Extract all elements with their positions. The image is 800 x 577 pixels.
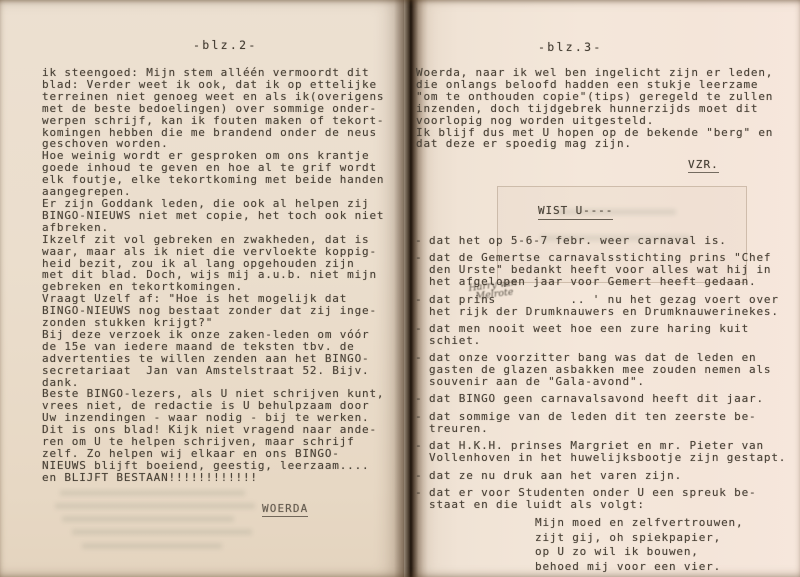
wist-item: -dat H.K.H. prinses Margriet en mr. Piet…: [415, 440, 793, 464]
wist-u-heading: WIST U----: [538, 204, 613, 220]
list-dash: -: [415, 487, 422, 499]
scanned-document-spread: -blz.2- ik steengoed: Mijn stem alléén v…: [0, 0, 800, 577]
typed-line: voorlopig nog worden uitgesteld.: [416, 115, 773, 127]
wist-item: -dat onze voorzitter bang was dat de led…: [415, 352, 793, 388]
page-3-number: -blz.3-: [538, 40, 603, 54]
wist-item: -dat sommige van de leden dit ten zeerst…: [415, 411, 793, 435]
typed-line: dat het op 5-6-7 febr. weer carnaval is.: [429, 235, 793, 247]
typed-line: treuren.: [429, 423, 793, 435]
typed-line: inzenden, doch tijdgebrek hunnerzijds mo…: [416, 103, 773, 115]
page-2-body: ik steengoed: Mijn stem alléén vermoordt…: [42, 67, 384, 484]
typed-line: afbreken.: [42, 222, 384, 234]
typed-line: Vollenhoven in het huwelijksbootje zijn …: [429, 452, 793, 464]
typed-line: de 15e van iedere maand de teksten tbv. …: [42, 341, 384, 353]
typed-line: het rijk der Drumknauwers en Drumknauwer…: [429, 306, 793, 318]
wist-item: -dat men nooit weet hoe een zure haring …: [415, 323, 793, 347]
typed-line: dat ze nu druk aan het varen zijn.: [429, 470, 793, 482]
typed-line: dat men nooit weet hoe een zure haring k…: [429, 323, 793, 335]
poem-line: Mijn moed en zelfvertrouwen,: [535, 516, 743, 531]
typed-line: schiet.: [429, 335, 793, 347]
bleedthrough-smudge: [82, 543, 222, 549]
typed-line: dat sommige van de leden dit ten zeerste…: [429, 411, 793, 423]
list-dash: -: [415, 323, 422, 335]
poem-line: zijt gij, oh spiekpapier,: [535, 531, 743, 546]
student-poem: Mijn moed en zelfvertrouwen,zijt gij, oh…: [535, 516, 743, 574]
page-2-signature: WOERDA: [262, 502, 308, 517]
page-3: -blz.3- Woerda, naar ik wel ben ingelich…: [412, 0, 800, 577]
list-dash: -: [415, 352, 422, 364]
typed-line: Ikzelf zit vol gebreken en zwakheden, da…: [42, 234, 384, 246]
typed-line: en BLIJFT BESTAAN!!!!!!!!!!!!: [42, 472, 384, 484]
bleedthrough-smudge: [55, 503, 255, 509]
list-dash: -: [415, 252, 422, 264]
list-dash: -: [415, 470, 422, 482]
poem-line: op U zo wil ik bouwen,: [535, 545, 743, 560]
wist-item: -dat het op 5-6-7 febr. weer carnaval is…: [415, 235, 793, 247]
page-3-intro: Woerda, naar ik wel ben ingelicht zijn e…: [416, 67, 773, 150]
wist-item: -dat er voor Studenten onder U een spreu…: [415, 487, 793, 511]
bleedthrough-smudge: [72, 529, 252, 535]
list-dash: -: [415, 411, 422, 423]
bleedthrough-smudge: [60, 490, 245, 496]
page-2-number: -blz.2-: [193, 38, 258, 52]
list-dash: -: [415, 440, 422, 452]
list-dash: -: [415, 235, 422, 247]
wist-u-list: -dat het op 5-6-7 febr. weer carnaval is…: [415, 235, 793, 516]
page-3-signature: VZR.: [688, 158, 719, 173]
wist-item: -dat ze nu druk aan het varen zijn.: [415, 470, 793, 482]
typed-line: werpen schrijf, kan ik fouten maken of t…: [42, 115, 384, 127]
typed-line: secretariaat Jan van Amstelstraat 52. Bi…: [42, 365, 384, 377]
bleedthrough-smudge: [62, 516, 234, 522]
wist-item: -dat BINGO geen carnavalsavond heeft dit…: [415, 393, 793, 405]
typed-line: waar, maar als ik niet die vervloekte ko…: [42, 246, 384, 258]
typed-line: advertenties te willen zenden aan het BI…: [42, 353, 384, 365]
page-2: -blz.2- ik steengoed: Mijn stem alléén v…: [0, 0, 404, 577]
typed-line: terreinen niet genoeg weet en als ik(ove…: [42, 91, 384, 103]
typed-line: BINGO-NIEUWS niet met copie, het toch oo…: [42, 210, 384, 222]
typed-line: dat BINGO geen carnavalsavond heeft dit …: [429, 393, 793, 405]
typed-line: staat en die luidt als volgt:: [429, 499, 793, 511]
typed-line: dat deze er spoedig mag zijn.: [416, 138, 773, 150]
typed-line: "om te onthouden copie"(tips) geregeld t…: [416, 91, 773, 103]
typed-line: souvenir aan de "Gala-avond".: [429, 376, 793, 388]
list-dash: -: [415, 393, 422, 405]
poem-line: behoed mij voor een vier.: [535, 560, 743, 575]
typed-line: met de beste bedoelingen) over sommige o…: [42, 103, 384, 115]
list-dash: -: [415, 294, 422, 306]
